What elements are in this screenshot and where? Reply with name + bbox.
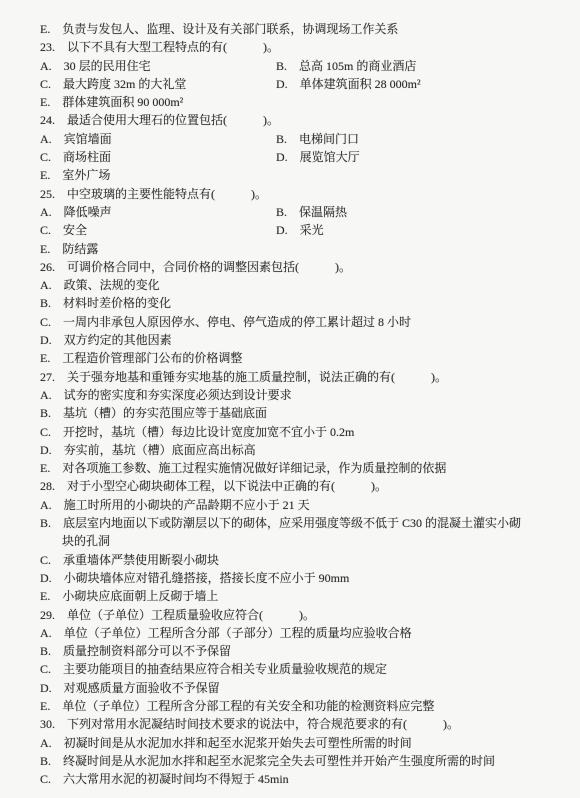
text-line: 23. 以下不具有大型工程特点的有( )。 [40, 38, 570, 56]
text-line: E. 防结露 [40, 240, 570, 258]
option-right: B. 电梯间门口 [276, 130, 359, 148]
text-line: 28. 对于小型空心砌块砌体工程，以下说法中正确的有( )。 [40, 477, 570, 495]
scanned-exam-page: E. 负责与发包人、监理、设计及有关部门联系，协调现场工作关系23. 以下不具有… [0, 0, 580, 798]
text-line: D. 双方约定的其他因素 [40, 331, 570, 349]
text-line: A. 政策、法规的变化 [40, 276, 570, 294]
text-line: A. 初凝时间是从水泥加水拌和起至水泥浆开始失去可塑性所需的时间 [40, 734, 570, 752]
option-left: A. 降低噪声 [40, 203, 112, 221]
text-line: A. 试夯的密实度和夯实深度必须达到设计要求 [40, 386, 570, 404]
text-line: 24. 最适合使用大理石的位置包括( )。 [40, 111, 570, 129]
text-line: D. 对观感质量方面验收不予保留 [40, 679, 570, 697]
option-right: B. 保温隔热 [276, 203, 347, 221]
option-right: B. 总高 105m 的商业酒店 [276, 57, 416, 75]
text-line: C. 承重墙体严禁使用断裂小砌块 [40, 551, 570, 569]
option-row: C. 安全D. 采光 [40, 221, 570, 239]
text-line: 25. 中空玻璃的主要性能特点有( )。 [40, 185, 570, 203]
option-left: A. 宾馆墙面 [40, 130, 112, 148]
text-line: 30. 下列对常用水泥凝结时间技术要求的说法中，符合规范要求的有( )。 [40, 715, 570, 733]
text-line: 块的孔洞 [40, 532, 570, 550]
option-right: D. 单体建筑面积 28 000m² [276, 75, 421, 93]
option-row: C. 最大跨度 32m 的大礼堂D. 单体建筑面积 28 000m² [40, 75, 570, 93]
text-line: 26. 可调价格合同中，合同价格的调整因素包括( )。 [40, 258, 570, 276]
text-line: E. 室外广场 [40, 166, 570, 184]
text-line: B. 终凝时间是从水泥加水拌和起至水泥浆完全失去可塑性并开始产生强度所需的时间 [40, 752, 570, 770]
text-line: D. 小砌块墙体应对错孔缝搭接，搭接长度不应小于 90mm [40, 569, 570, 587]
option-row: A. 降低噪声B. 保温隔热 [40, 203, 570, 221]
option-row: C. 商场柱面D. 展览馆大厅 [40, 148, 570, 166]
text-line: D. 夯实前，基坑（槽）底面应高出标高 [40, 441, 570, 459]
text-line: E. 单位（子单位）工程所含分部工程的有关安全和功能的检测资料应完整 [40, 697, 570, 715]
option-left: A. 30 层的民用住宅 [40, 57, 151, 75]
text-line: B. 底层室内地面以下或防潮层以下的砌体，应采用强度等级不低于 C30 的混凝土… [40, 514, 570, 532]
questions-area: E. 负责与发包人、监理、设计及有关部门联系，协调现场工作关系23. 以下不具有… [40, 20, 570, 788]
text-line: A. 单位（子单位）工程所含分部（子部分）工程的质量均应验收合格 [40, 624, 570, 642]
text-line: C. 主要功能项目的抽查结果应符合相关专业质量验收规范的规定 [40, 660, 570, 678]
text-line: C. 六大常用水泥的初凝时间均不得短于 45min [40, 770, 570, 788]
text-line: 27. 关于强夯地基和重锤夯实地基的施工质量控制，说法正确的有( )。 [40, 368, 570, 386]
option-row: A. 30 层的民用住宅B. 总高 105m 的商业酒店 [40, 57, 570, 75]
text-line: 29. 单位（子单位）工程质量验收应符合( )。 [40, 606, 570, 624]
option-left: C. 商场柱面 [40, 148, 111, 166]
text-line: E. 小砌块应底面朝上反砌于墙上 [40, 587, 570, 605]
option-left: C. 最大跨度 32m 的大礼堂 [40, 75, 186, 93]
option-row: A. 宾馆墙面B. 电梯间门口 [40, 130, 570, 148]
option-left: C. 安全 [40, 221, 87, 239]
option-right: D. 展览馆大厅 [276, 148, 360, 166]
text-line: C. 开挖时，基坑（槽）每边比设计宽度加宽不宜小于 0.2m [40, 423, 570, 441]
text-line: E. 工程造价管理部门公布的价格调整 [40, 349, 570, 367]
text-line: A. 施工时所用的小砌块的产品龄期不应小于 21 天 [40, 496, 570, 514]
text-line: E. 群体建筑面积 90 000m² [40, 93, 570, 111]
option-right: D. 采光 [276, 221, 324, 239]
text-line: E. 对各项施工参数、施工过程实施情况做好详细记录，作为质量控制的依据 [40, 459, 570, 477]
text-line: E. 负责与发包人、监理、设计及有关部门联系，协调现场工作关系 [40, 20, 570, 38]
text-line: B. 材料时差价格的变化 [40, 294, 570, 312]
text-line: B. 基坑（槽）的夯实范围应等于基础底面 [40, 404, 570, 422]
text-line: C. 一周内非承包人原因停水、停电、停气造成的停工累计超过 8 小时 [40, 313, 570, 331]
text-line: B. 质量控制资料部分可以不予保留 [40, 642, 570, 660]
